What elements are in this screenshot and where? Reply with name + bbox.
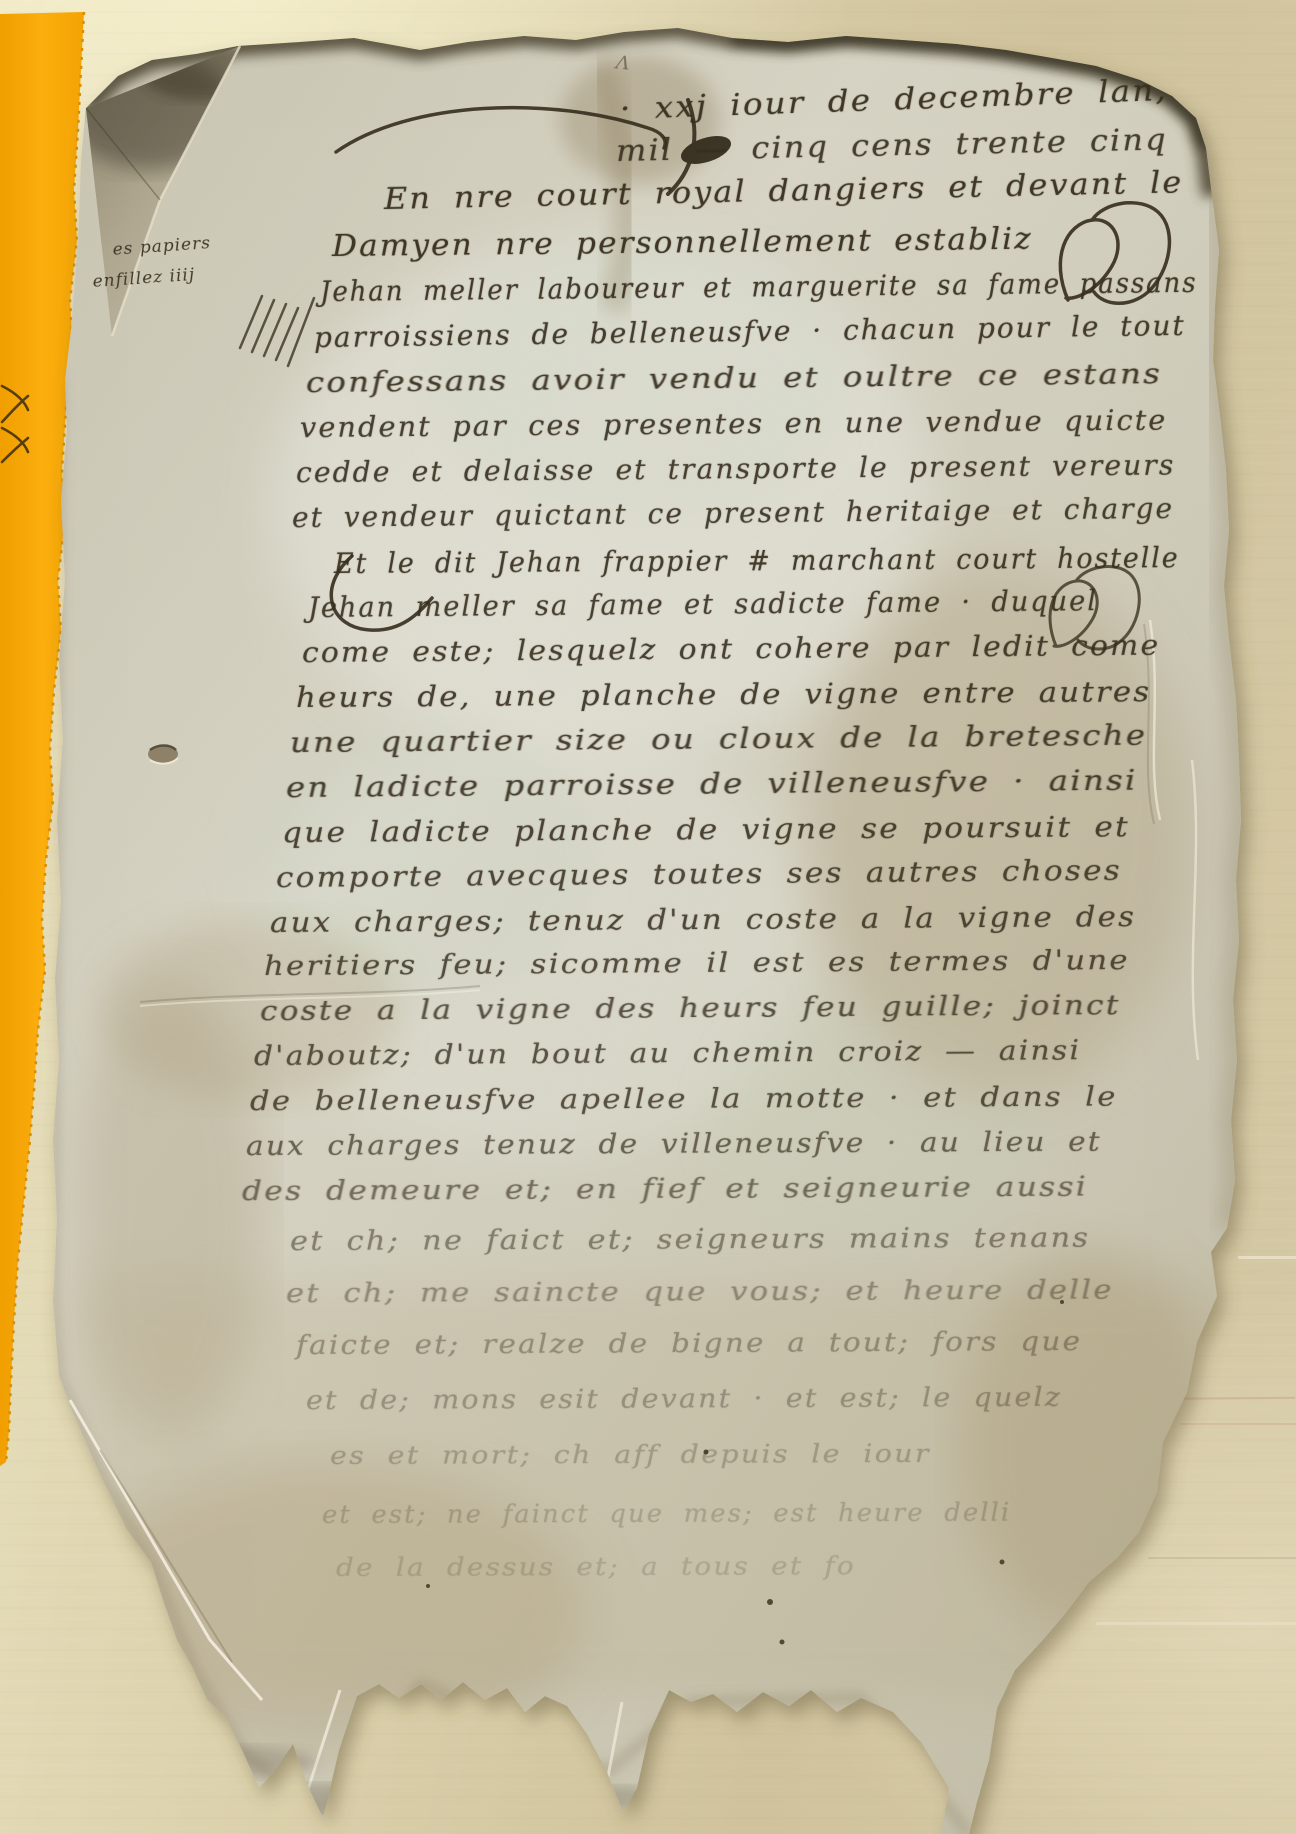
manuscript-line: En nre court royal dangiers et devant le bbox=[384, 165, 1184, 217]
manuscript-line: et ch; me saincte que vous; et heure del… bbox=[286, 1275, 1114, 1309]
manuscript-line: et de; mons esit devant · et est; le que… bbox=[306, 1383, 1062, 1416]
text-layer: Λ es papiers enfillez iiij · xxj iour de… bbox=[0, 0, 1296, 1834]
manuscript-line: une quartier size ou cloux de la bretesc… bbox=[290, 719, 1148, 759]
photo-of-manuscript: Λ es papiers enfillez iiij · xxj iour de… bbox=[0, 0, 1296, 1834]
manuscript-line: aux charges; tenuz d'un coste a la vigne… bbox=[270, 900, 1136, 939]
manuscript-line: et est; ne fainct que mes; est heure del… bbox=[322, 1498, 1011, 1529]
manuscript-line: de la dessus et; a tous et fo bbox=[336, 1551, 856, 1582]
manuscript-line: coste a la vigne des heurs feu guille; j… bbox=[260, 990, 1121, 1027]
manuscript-line: heritiers feu; sicomme il est es termes … bbox=[264, 945, 1130, 982]
manuscript-line: mil — cinq cens trente cinq bbox=[616, 122, 1168, 169]
manuscript-line: et vendeur quictant ce present heritaige… bbox=[292, 492, 1174, 534]
manuscript-line: · xxj iour de decembre lan, bbox=[619, 73, 1168, 127]
manuscript-line: en ladicte parroisse de villeneusfve · a… bbox=[286, 764, 1138, 804]
manuscript-line: Damyen nre personnellement establiz bbox=[332, 222, 1033, 264]
corner-mark: Λ bbox=[615, 51, 631, 74]
manuscript-line: comporte avecques toutes ses autres chos… bbox=[276, 854, 1122, 894]
manuscript-line: aux charges tenuz de villeneusfve · au l… bbox=[246, 1127, 1102, 1162]
manuscript-line: que ladicte planche de vigne se poursuit… bbox=[282, 810, 1130, 849]
margin-note-line-1: es papiers bbox=[112, 233, 212, 260]
manuscript-line: heurs de, une planche de vigne entre aut… bbox=[296, 675, 1151, 714]
manuscript-line: vendent par ces presentes en une vendue … bbox=[300, 403, 1168, 444]
manuscript-line: Et le dit Jehan frappier # marchant cour… bbox=[334, 541, 1180, 580]
manuscript-line: Jehan meller sa fame et sadicte fame · d… bbox=[308, 584, 1098, 624]
manuscript-line: cedde et delaisse et transporte le prese… bbox=[296, 448, 1176, 489]
manuscript-line: d'aboutz; d'un bout au chemin croiz — ai… bbox=[254, 1035, 1081, 1072]
margin-note-line-2: enfillez iiij bbox=[92, 265, 196, 292]
manuscript-line: Jehan meller laboureur et marguerite sa … bbox=[320, 266, 1198, 308]
manuscript-line: et ch; ne faict et; seigneurs mains tena… bbox=[290, 1223, 1090, 1257]
manuscript-line: come este; lesquelz ont cohere par ledit… bbox=[302, 629, 1160, 669]
manuscript-line: parroissiens de belleneusfve · chacun po… bbox=[314, 309, 1186, 354]
manuscript-line: faicte et; realze de bigne a tout; fors … bbox=[296, 1327, 1082, 1361]
manuscript-line: confessans avoir vendu et oultre ce esta… bbox=[306, 357, 1162, 399]
manuscript-line: de belleneusfve apellee la motte · et da… bbox=[250, 1081, 1118, 1117]
manuscript-line: es et mort; ch aff depuis le iour bbox=[330, 1439, 931, 1470]
manuscript-line: des demeure et; en fief et seigneurie au… bbox=[242, 1172, 1088, 1207]
